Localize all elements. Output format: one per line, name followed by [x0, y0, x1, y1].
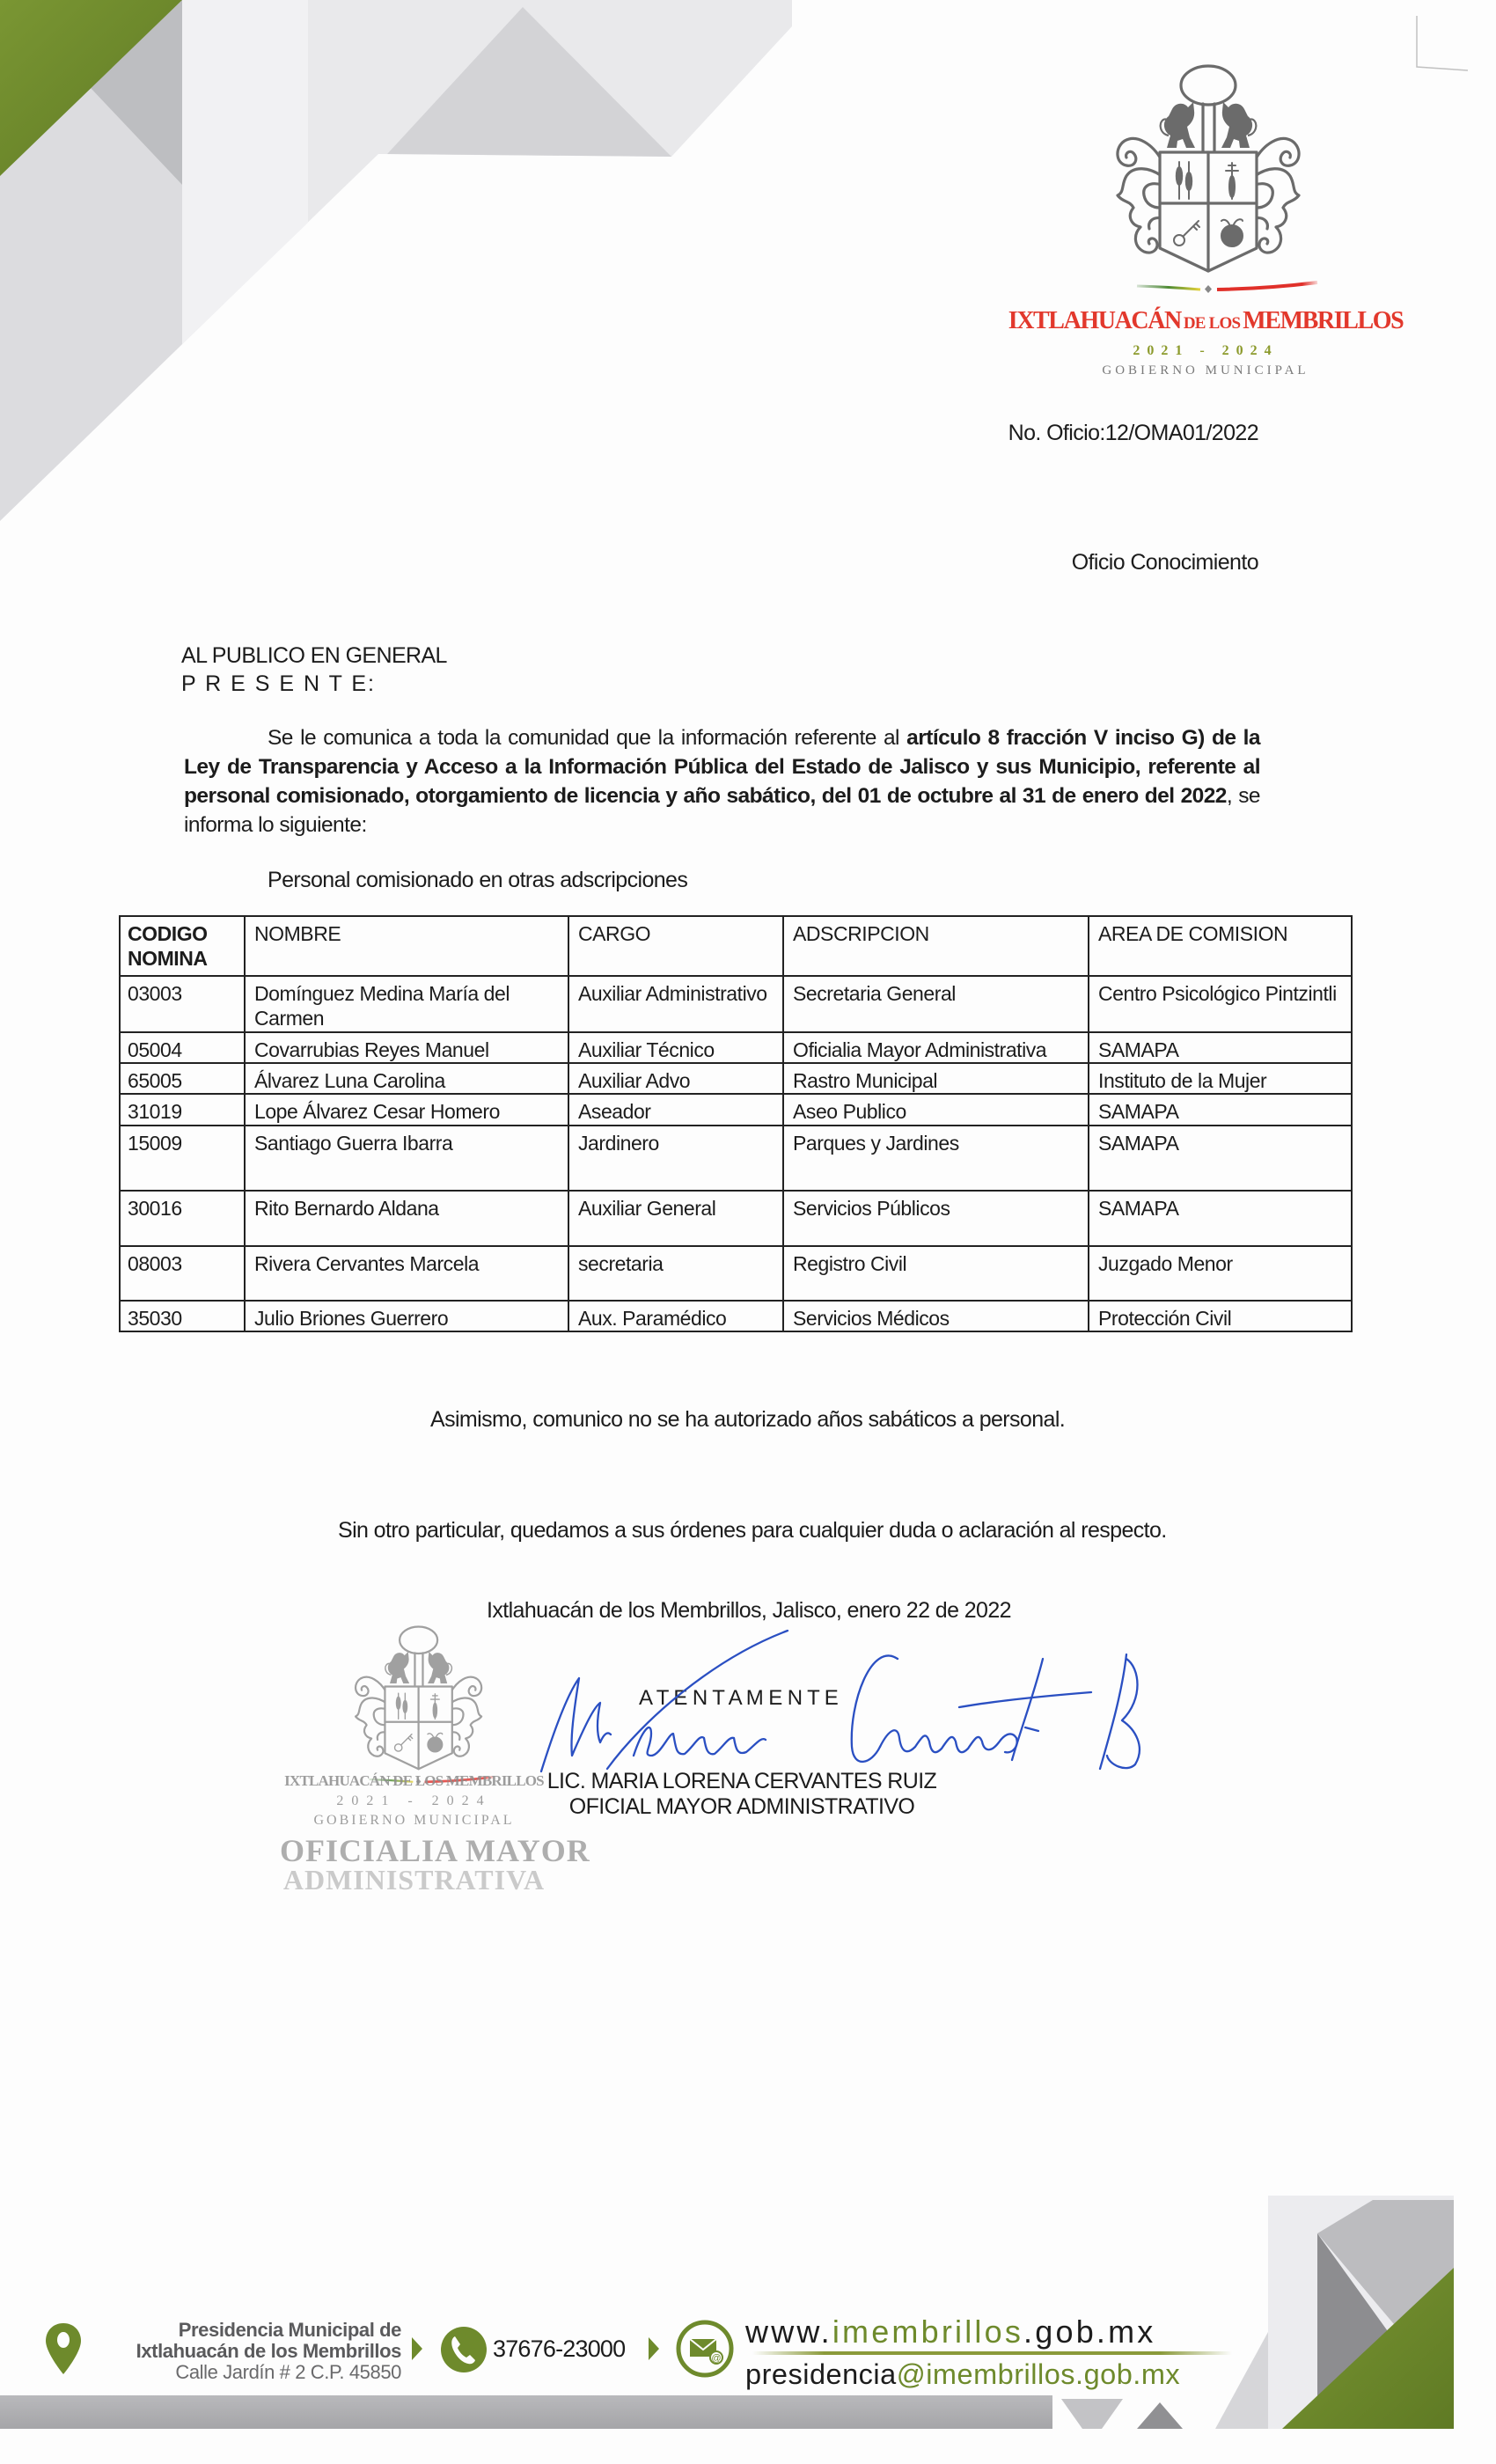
address-line2: Ixtlahuacán de los Membrillos: [88, 2341, 401, 2362]
cell-codigo-nomina: 65005: [120, 1063, 245, 1094]
cell-codigo-nomina: 35030: [120, 1301, 245, 1331]
coat-of-arms-logo: [1091, 53, 1329, 299]
website-domain: imembrillos: [832, 2314, 1023, 2350]
municipality-name-part3: MEMBRILLOS: [1243, 307, 1403, 334]
stamp-emblem-icon: [341, 1624, 498, 1786]
website-prefix: www.: [745, 2314, 832, 2350]
table-row: 05004Covarrubias Reyes ManuelAuxiliar Té…: [120, 1032, 1352, 1063]
sabbatical-note: Asimismo, comunico no se ha autorizado a…: [430, 1406, 1065, 1433]
stamp-term: 2021 - 2024: [280, 1793, 548, 1809]
intro-lead: Se le comunica a toda la comunidad que l…: [268, 726, 906, 750]
phone-icon: [440, 2326, 488, 2373]
website-suffix: .gob.mx: [1023, 2314, 1155, 2350]
stamp-office-line2: ADMINISTRATIVA: [280, 1864, 548, 1896]
table-row: 65005Álvarez Luna CarolinaAuxiliar AdvoR…: [120, 1063, 1352, 1094]
cell-area-comision: Protección Civil: [1089, 1301, 1352, 1331]
cell-codigo-nomina: 05004: [120, 1032, 245, 1063]
cell-cargo: Aseador: [568, 1094, 783, 1126]
oficio-subject: Oficio Conocimiento: [1072, 549, 1258, 576]
cell-nombre: Julio Briones Guerrero: [245, 1301, 568, 1331]
cell-adscripcion: Parques y Jardines: [783, 1126, 1089, 1191]
column-header-nombre: NOMBRE: [245, 916, 568, 976]
table-header-row: CODIGO NOMINANOMBRECARGOADSCRIPCIONAREA …: [120, 916, 1352, 976]
cell-area-comision: SAMAPA: [1089, 1032, 1352, 1063]
table-row: 15009Santiago Guerra IbarraJardineroParq…: [120, 1126, 1352, 1191]
column-header-adscripcion: ADSCRIPCION: [783, 916, 1089, 976]
email-icon: @: [676, 2320, 734, 2378]
address-line1: Presidencia Municipal de: [88, 2320, 401, 2341]
cell-cargo: Jardinero: [568, 1126, 783, 1191]
column-header-codigo-nomina: CODIGO NOMINA: [120, 916, 245, 976]
header-decoration: [0, 0, 792, 528]
cell-nombre: Rito Bernardo Aldana: [245, 1191, 568, 1246]
cell-nombre: Domínguez Medina María del Carmen: [245, 976, 568, 1032]
municipality-name-part1: IXTLAHUACÁN: [1008, 307, 1181, 334]
cell-cargo: secretaria: [568, 1246, 783, 1301]
email-link[interactable]: presidencia@imembrillos.gob.mx: [745, 2358, 1180, 2390]
cell-adscripcion: Aseo Publico: [783, 1094, 1089, 1126]
place-date: Ixtlahuacán de los Membrillos, Jalisco, …: [487, 1597, 1011, 1624]
cell-area-comision: SAMAPA: [1089, 1126, 1352, 1191]
cell-area-comision: SAMAPA: [1089, 1094, 1352, 1126]
cell-area-comision: Juzgado Menor: [1089, 1246, 1352, 1301]
cell-codigo-nomina: 03003: [120, 976, 245, 1032]
table-body: 03003Domínguez Medina María del CarmenAu…: [120, 976, 1352, 1331]
cell-adscripcion: Servicios Médicos: [783, 1301, 1089, 1331]
presente: P R E S E N T E:: [181, 671, 376, 697]
government-label: GOBIERNO MUNICIPAL: [986, 362, 1426, 379]
government-term: 2021 - 2024: [986, 342, 1426, 360]
cell-cargo: Auxiliar Advo: [568, 1063, 783, 1094]
phone-number[interactable]: 37676-23000: [493, 2336, 625, 2363]
footer-divider: [752, 2351, 1232, 2355]
cell-codigo-nomina: 31019: [120, 1094, 245, 1126]
recipient: AL PUBLICO EN GENERAL: [181, 642, 447, 669]
table-row: 35030Julio Briones GuerreroAux. Paramédi…: [120, 1301, 1352, 1331]
svg-text:@: @: [711, 2353, 721, 2364]
cell-adscripcion: Registro Civil: [783, 1246, 1089, 1301]
cell-adscripcion: Secretaria General: [783, 976, 1089, 1032]
address-line3: Calle Jardín # 2 C.P. 45850: [88, 2362, 401, 2383]
stamp-government: GOBIERNO MUNICIPAL: [280, 1813, 548, 1829]
cell-adscripcion: Rastro Municipal: [783, 1063, 1089, 1094]
handwritten-signature: [519, 1624, 1153, 1782]
cell-nombre: Covarrubias Reyes Manuel: [245, 1032, 568, 1063]
email-domain: @imembrillos.gob.mx: [897, 2358, 1180, 2390]
cell-codigo-nomina: 15009: [120, 1126, 245, 1191]
cell-codigo-nomina: 08003: [120, 1246, 245, 1301]
staff-table: CODIGO NOMINANOMBRECARGOADSCRIPCIONAREA …: [119, 915, 1353, 1332]
cell-area-comision: Centro Psicológico Pintzintli: [1089, 976, 1352, 1032]
municipality-name-part2: DE LOS: [1184, 314, 1240, 333]
cell-cargo: Aux. Paramédico: [568, 1301, 783, 1331]
intro-paragraph: Se le comunica a toda la comunidad que l…: [184, 723, 1260, 840]
cell-adscripcion: Servicios Públicos: [783, 1191, 1089, 1246]
cell-cargo: Auxiliar General: [568, 1191, 783, 1246]
scan-corner-mark: [1413, 12, 1475, 74]
cell-codigo-nomina: 30016: [120, 1191, 245, 1246]
email-user: presidencia: [745, 2358, 897, 2390]
oficio-number: No. Oficio:12/OMA01/2022: [1008, 420, 1258, 446]
column-header-cargo: CARGO: [568, 916, 783, 976]
location-pin-icon: [44, 2321, 83, 2376]
chevron-right-icon: [649, 2337, 659, 2360]
table-caption: Personal comisionado en otras adscripcio…: [268, 867, 687, 893]
cell-adscripcion: Oficialia Mayor Administrativa: [783, 1032, 1089, 1063]
cell-cargo: Auxiliar Administrativo: [568, 976, 783, 1032]
closing-text: Sin otro particular, quedamos a sus órde…: [338, 1517, 1167, 1544]
stamp-municipality: IXTLAHUACÁN DE LOS MEMBRILLOS: [280, 1772, 548, 1790]
municipality-name: IXTLAHUACÁNDE LOSMEMBRILLOS: [986, 308, 1426, 338]
signer-title: OFICIAL MAYOR ADMINISTRATIVO: [519, 1794, 964, 1820]
table-row: 31019Lope Álvarez Cesar HomeroAseadorAse…: [120, 1094, 1352, 1126]
footer-address: Presidencia Municipal de Ixtlahuacán de …: [88, 2320, 401, 2383]
column-header-area-comision: AREA DE COMISION: [1089, 916, 1352, 976]
cell-area-comision: SAMAPA: [1089, 1191, 1352, 1246]
cell-nombre: Álvarez Luna Carolina: [245, 1063, 568, 1094]
website-link[interactable]: www.imembrillos.gob.mx: [745, 2314, 1156, 2350]
letterhead: IXTLAHUACÁNDE LOSMEMBRILLOS 2021 - 2024 …: [986, 308, 1426, 379]
cell-nombre: Lope Álvarez Cesar Homero: [245, 1094, 568, 1126]
cell-nombre: Santiago Guerra Ibarra: [245, 1126, 568, 1191]
table-row: 03003Domínguez Medina María del CarmenAu…: [120, 976, 1352, 1032]
cell-cargo: Auxiliar Técnico: [568, 1032, 783, 1063]
cell-nombre: Rivera Cervantes Marcela: [245, 1246, 568, 1301]
table-row: 08003Rivera Cervantes MarcelasecretariaR…: [120, 1246, 1352, 1301]
cell-area-comision: Instituto de la Mujer: [1089, 1063, 1352, 1094]
table-row: 30016Rito Bernardo AldanaAuxiliar Genera…: [120, 1191, 1352, 1246]
chevron-right-icon: [412, 2337, 422, 2360]
